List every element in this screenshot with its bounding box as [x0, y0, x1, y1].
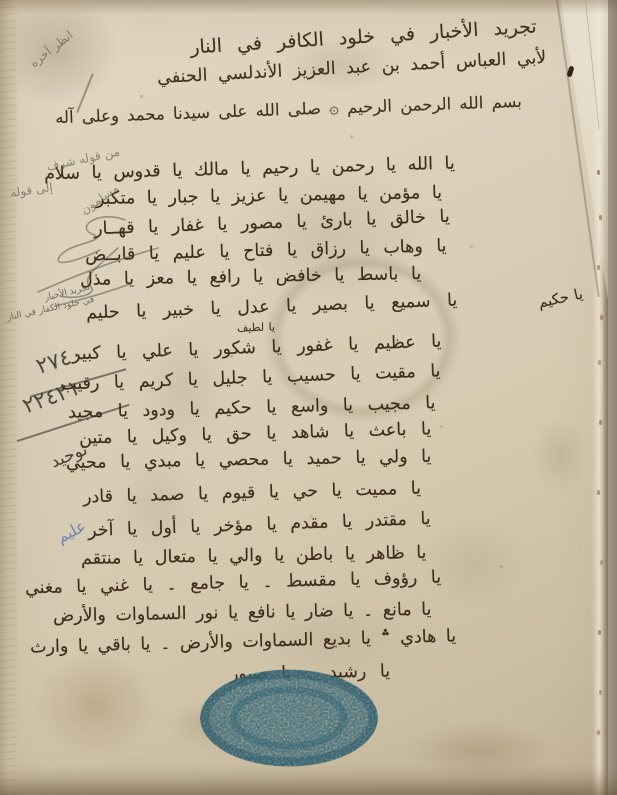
page-stack-texture — [0, 0, 16, 795]
edge-wear-flecks — [597, 170, 600, 175]
library-stamp — [196, 667, 382, 769]
pencil-scribble — [30, 208, 165, 313]
bottom-edge-shadow — [0, 765, 617, 795]
manuscript-scan: تجريد الأخبار في خلود الكافر في النار لأ… — [0, 0, 617, 795]
foxing-spots — [140, 95, 143, 98]
top-edge-shadow — [0, 0, 617, 14]
stamp-ink-halo — [200, 671, 378, 765]
interlinear-correction: يا لطيف — [237, 320, 275, 334]
